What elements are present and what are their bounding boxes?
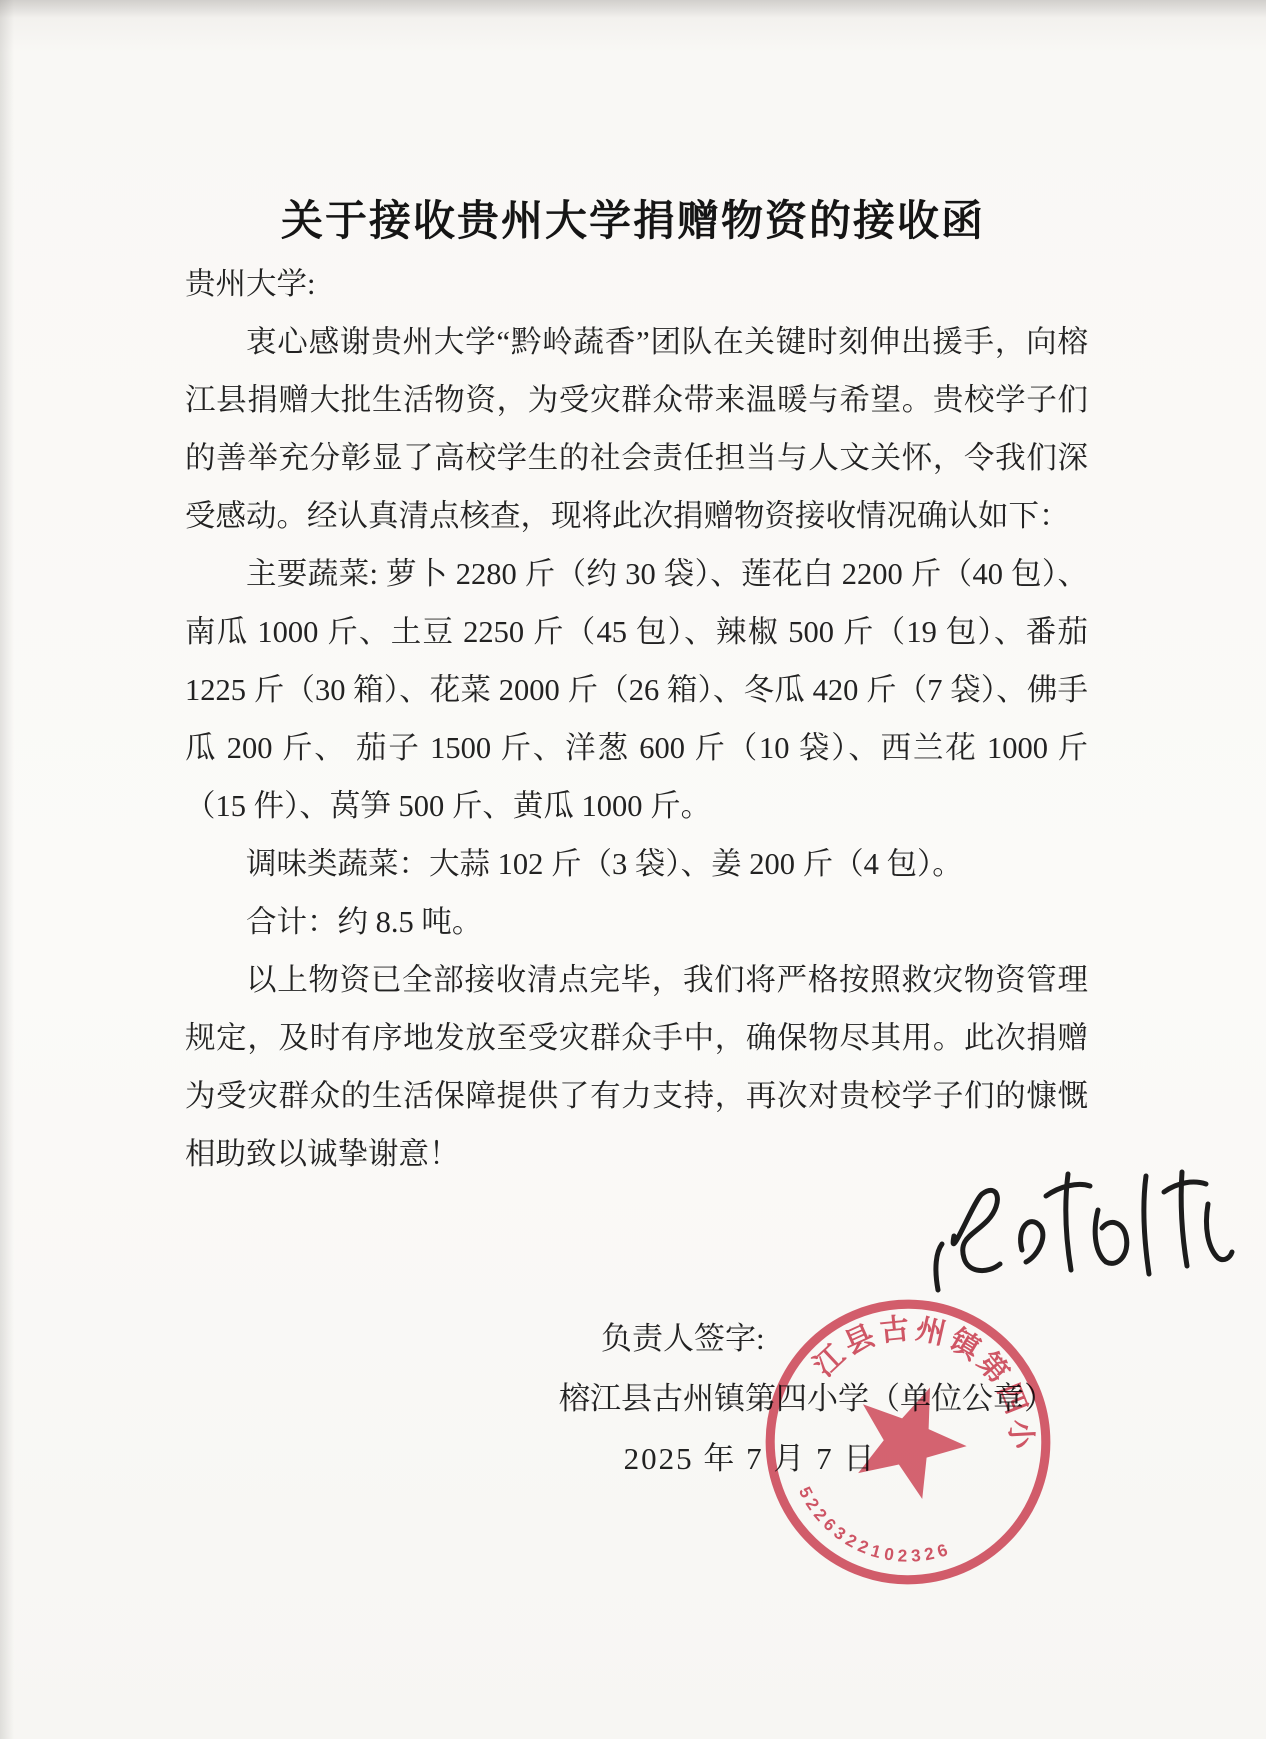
document-title: 关于接收贵州大学捐赠物资的接收函	[0, 188, 1266, 248]
paragraph-intro: 衷心感谢贵州大学“黔岭蔬香”团队在关键时刻伸出援手，向榕江县捐赠大批生活物资，为…	[185, 313, 1088, 545]
scanned-letter-page: 关于接收贵州大学捐赠物资的接收函 贵州大学: 衷心感谢贵州大学“黔岭蔬香”团队在…	[0, 0, 1266, 1739]
paragraph-total: 合计：约 8.5 吨。	[185, 893, 1088, 951]
star-icon	[838, 1367, 982, 1507]
letter-body: 贵州大学: 衷心感谢贵州大学“黔岭蔬香”团队在关键时刻伸出援手，向榕江县捐赠大批…	[185, 255, 1088, 1183]
responsible-person-signature-label: 负责人签字:	[601, 1312, 765, 1366]
handwritten-signature-icon	[930, 1140, 1240, 1300]
official-seal: 榕江县古州镇第四小学 5226322102326	[756, 1290, 1060, 1594]
paragraph-seasoning-vegetables: 调味类蔬菜：大蒜 102 斤（3 袋）、姜 200 斤（4 包）。	[185, 835, 1088, 893]
salutation: 贵州大学:	[185, 255, 1088, 313]
paragraph-main-vegetables: 主要蔬菜: 萝卜 2280 斤（约 30 袋）、莲花白 2200 斤（40 包）…	[185, 545, 1088, 835]
